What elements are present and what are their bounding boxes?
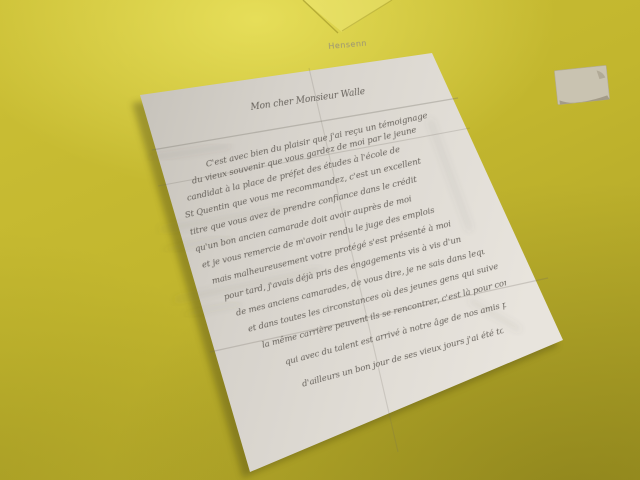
desk-background: Hensenn Mon cher Monsieur Walle C'est av… — [0, 0, 640, 480]
